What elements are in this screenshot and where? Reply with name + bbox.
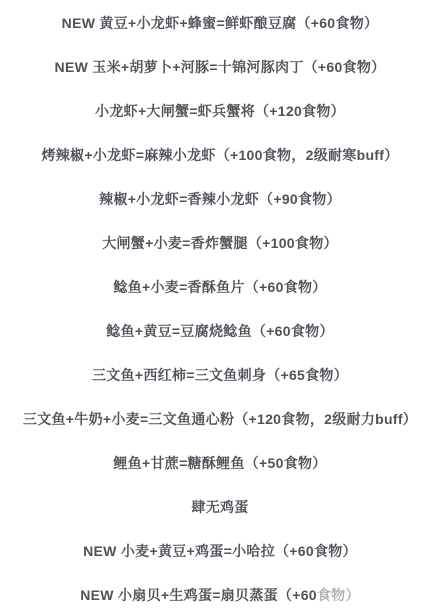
recipe-line: 辣椒+小龙虾=香辣小龙虾（+90食物） — [6, 191, 434, 207]
recipe-line: NEW 黄豆+小龙虾+蜂蜜=鲜虾酿豆腐（+60食物） — [6, 15, 434, 31]
recipe-line: 烤辣椒+小龙虾=麻辣小龙虾（+100食物，2级耐寒buff） — [6, 147, 434, 163]
recipe-list-page: NEW 黄豆+小龙虾+蜂蜜=鲜虾酿豆腐（+60食物） NEW 玉米+胡萝卜+河豚… — [0, 0, 440, 611]
recipe-line: 三文鱼+西红柿=三文鱼刺身（+65食物） — [6, 367, 434, 383]
section-header: 肆无鸡蛋 — [6, 499, 434, 515]
recipe-line: 鲤鱼+甘蔗=糖酥鲤鱼（+50食物） — [6, 455, 434, 471]
recipe-line: 鲶鱼+黄豆=豆腐烧鲶鱼（+60食物） — [6, 323, 434, 339]
recipe-line: 小龙虾+大闸蟹=虾兵蟹将（+120食物） — [6, 103, 434, 119]
recipe-line-text: NEW 小扇贝+生鸡蛋=扇贝蒸蛋（+60 — [80, 587, 317, 603]
recipe-line: NEW 小扇贝+生鸡蛋=扇贝蒸蛋（+60食物） — [6, 587, 434, 603]
recipe-line-faded-tail: 食物） — [317, 587, 360, 603]
recipe-line: 鲶鱼+小麦=香酥鱼片（+60食物） — [6, 279, 434, 295]
recipe-line: NEW 玉米+胡萝卜+河豚=十锦河豚肉丁（+60食物） — [6, 59, 434, 75]
recipe-line: NEW 小麦+黄豆+鸡蛋=小哈拉（+60食物） — [6, 543, 434, 559]
recipe-line: 大闸蟹+小麦=香炸蟹腿（+100食物） — [6, 235, 434, 251]
recipe-line: 三文鱼+牛奶+小麦=三文鱼通心粉（+120食物，2级耐力buff） — [6, 411, 434, 427]
